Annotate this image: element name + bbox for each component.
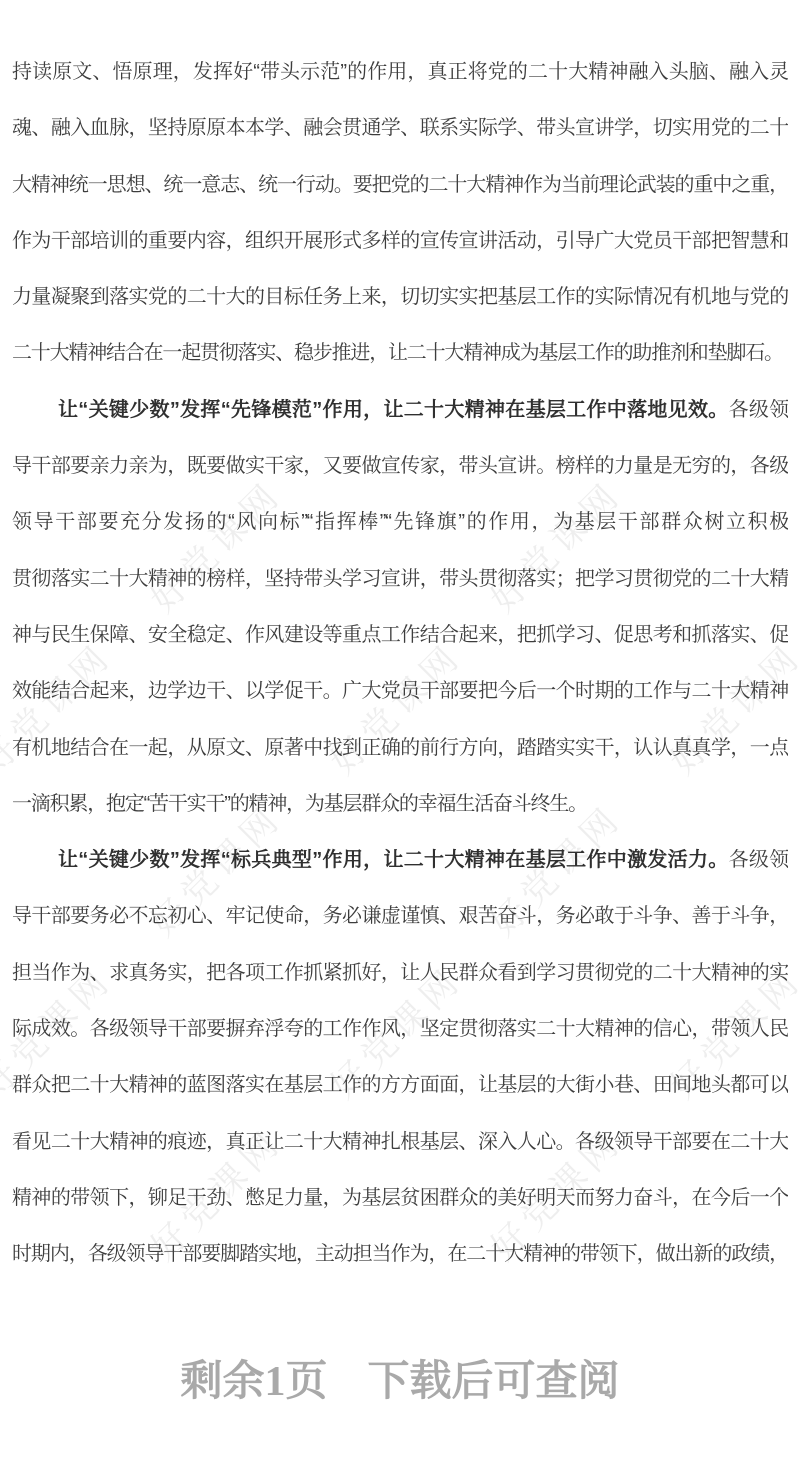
line-text: 领导干部要充分发扬的“风向标”“指挥棒”“先锋旗”的作用，为基层干部群众树立积极 (12, 511, 788, 533)
download-hint-text: 下载后可查阅 (368, 1359, 620, 1405)
text-line: 大精神统一思想、统一意志、统一行动。要把党的二十大精神作为当前理论武装的重中之重… (12, 157, 788, 213)
text-line: 精神的带领下，铆足干劲、憋足力量，为基层贫困群众的美好明天而努力奋斗，在今后一个 (12, 1170, 788, 1226)
line-text: 力量凝聚到落实党的二十大的目标任务上来，切切实实把基层工作的实际情况有机地与党的 (12, 286, 788, 308)
text-line: 魂、融入血脉，坚持原原本本学、融会贯通学、联系实际学、带头宣讲学，切实用党的二十 (12, 100, 788, 156)
text-line: 作为干部培训的重要内容，组织开展形式多样的宣传宣讲活动，引导广大党员干部把智慧和 (12, 213, 788, 269)
line-text: 精神的带领下，铆足干劲、憋足力量，为基层贫困群众的美好明天而努力奋斗，在今后一个 (12, 1187, 788, 1209)
line-text: 效能结合起来，边学边干、以学促干。广大党员干部要把今后一个时期的工作与二十大精神 (12, 680, 788, 702)
line-text: 各级领 (729, 849, 788, 871)
line-text: 担当作为、求真务实，把各项工作抓紧抓好，让人民群众看到学习贯彻党的二十大精神的实 (12, 962, 788, 984)
text-line: 贯彻落实二十大精神的榜样，坚持带头学习宣讲，带头贯彻落实；把学习贯彻党的二十大精 (12, 551, 788, 607)
text-line: 际成效。各级领导干部要摒弃浮夸的工作作风，坚定贯彻落实二十大精神的信心，带领人民 (12, 1001, 788, 1057)
remaining-pages-text: 剩余1页 (180, 1359, 327, 1405)
line-text: 群众把二十大精神的蓝图落实在基层工作的方方面面，让基层的大街小巷、田间地头都可以 (12, 1074, 788, 1096)
text-line: 导干部要亲力亲为，既要做实干家，又要做宣传家，带头宣讲。榜样的力量是无穷的，各级 (12, 438, 788, 494)
text-line: 有机地结合在一起，从原文、原著中找到正确的前行方向，踏踏实实干，认认真真学，一点 (12, 720, 788, 776)
line-text: 魂、融入血脉，坚持原原本本学、融会贯通学、联系实际学、带头宣讲学，切实用党的二十 (12, 117, 788, 139)
line-text: 二十大精神结合在一起贯彻落实、稳步推进，让二十大精神成为基层工作的助推剂和垫脚石… (12, 342, 783, 364)
text-line: 力量凝聚到落实党的二十大的目标任务上来，切切实实把基层工作的实际情况有机地与党的 (12, 269, 788, 325)
text-line: 看见二十大精神的痕迹，真正让二十大精神扎根基层、深入人心。各级领导干部要在二十大 (12, 1114, 788, 1170)
paragraph: 让“关键少数”发挥“标兵典型”作用，让二十大精神在基层工作中激发活力。各级领导干… (12, 832, 788, 1282)
line-text: 导干部要亲力亲为，既要做实干家，又要做宣传家，带头宣讲。榜样的力量是无穷的，各级 (12, 455, 788, 477)
line-text: 贯彻落实二十大精神的榜样，坚持带头学习宣讲，带头贯彻落实；把学习贯彻党的二十大精 (12, 568, 788, 590)
line-text: 各级领 (729, 399, 788, 421)
text-line: 时期内，各级领导干部要脚踏实地，主动担当作为，在二十大精神的带领下，做出新的政绩… (12, 1226, 788, 1282)
line-text: 作为干部培训的重要内容，组织开展形式多样的宣传宣讲活动，引导广大党员干部把智慧和 (12, 230, 788, 252)
line-text: 持读原文、悟原理，发挥好“带头示范”的作用，真正将党的二十大精神融入头脑、融入灵 (12, 61, 788, 83)
text-line: 导干部要务必不忘初心、牢记使命，务必谦虚谨慎、艰苦奋斗，务必敢于斗争、善于斗争， (12, 888, 788, 944)
paragraph: 让“关键少数”发挥“先锋模范”作用，让二十大精神在基层工作中落地见效。各级领导干… (12, 382, 788, 832)
text-line: 一滴积累，抱定“苦干实干”的精神，为基层群众的幸福生活奋斗终生。 (12, 776, 788, 832)
text-line: 担当作为、求真务实，把各项工作抓紧抓好，让人民群众看到学习贯彻党的二十大精神的实 (12, 945, 788, 1001)
line-text: 神与民生保障、安全稳定、作风建设等重点工作结合起来，把抓学习、促思考和抓落实、促 (12, 624, 788, 646)
text-line: 让“关键少数”发挥“标兵典型”作用，让二十大精神在基层工作中激发活力。各级领 (12, 832, 788, 888)
text-line: 领导干部要充分发扬的“风向标”“指挥棒”“先锋旗”的作用，为基层干部群众树立积极 (12, 494, 788, 550)
line-text: 导干部要务必不忘初心、牢记使命，务必谦虚谨慎、艰苦奋斗，务必敢于斗争、善于斗争， (12, 905, 788, 927)
document-body: 持读原文、悟原理，发挥好“带头示范”的作用，真正将党的二十大精神融入头脑、融入灵… (12, 44, 788, 1283)
line-text: 一滴积累，抱定“苦干实干”的精神，为基层群众的幸福生活奋斗终生。 (12, 793, 587, 815)
line-bold-lead: 让“关键少数”发挥“先锋模范”作用，让二十大精神在基层工作中落地见效。 (58, 399, 729, 421)
line-text: 有机地结合在一起，从原文、原著中找到正确的前行方向，踏踏实实干，认认真真学，一点 (12, 737, 788, 759)
text-line: 持读原文、悟原理，发挥好“带头示范”的作用，真正将党的二十大精神融入头脑、融入灵 (12, 44, 788, 100)
document-page: 好党课网好党课网好党课网好党课网好党课网好党课网好党课网好党课网好党课网好党课网… (0, 0, 800, 1468)
remaining-pages-notice: 剩余1页下载后可查阅 (0, 1354, 800, 1410)
text-line: 群众把二十大精神的蓝图落实在基层工作的方方面面，让基层的大街小巷、田间地头都可以 (12, 1057, 788, 1113)
line-text: 看见二十大精神的痕迹，真正让二十大精神扎根基层、深入人心。各级领导干部要在二十大 (12, 1131, 788, 1153)
text-line: 二十大精神结合在一起贯彻落实、稳步推进，让二十大精神成为基层工作的助推剂和垫脚石… (12, 325, 788, 381)
line-text: 际成效。各级领导干部要摒弃浮夸的工作作风，坚定贯彻落实二十大精神的信心，带领人民 (12, 1018, 788, 1040)
text-line: 让“关键少数”发挥“先锋模范”作用，让二十大精神在基层工作中落地见效。各级领 (12, 382, 788, 438)
text-line: 效能结合起来，边学边干、以学促干。广大党员干部要把今后一个时期的工作与二十大精神 (12, 663, 788, 719)
line-bold-lead: 让“关键少数”发挥“标兵典型”作用，让二十大精神在基层工作中激发活力。 (58, 849, 729, 871)
text-line: 神与民生保障、安全稳定、作风建设等重点工作结合起来，把抓学习、促思考和抓落实、促 (12, 607, 788, 663)
line-text: 大精神统一思想、统一意志、统一行动。要把党的二十大精神作为当前理论武装的重中之重… (12, 174, 788, 196)
paragraph: 持读原文、悟原理，发挥好“带头示范”的作用，真正将党的二十大精神融入头脑、融入灵… (12, 44, 788, 382)
line-text: 时期内，各级领导干部要脚踏实地，主动担当作为，在二十大精神的带领下，做出新的政绩… (12, 1243, 788, 1265)
